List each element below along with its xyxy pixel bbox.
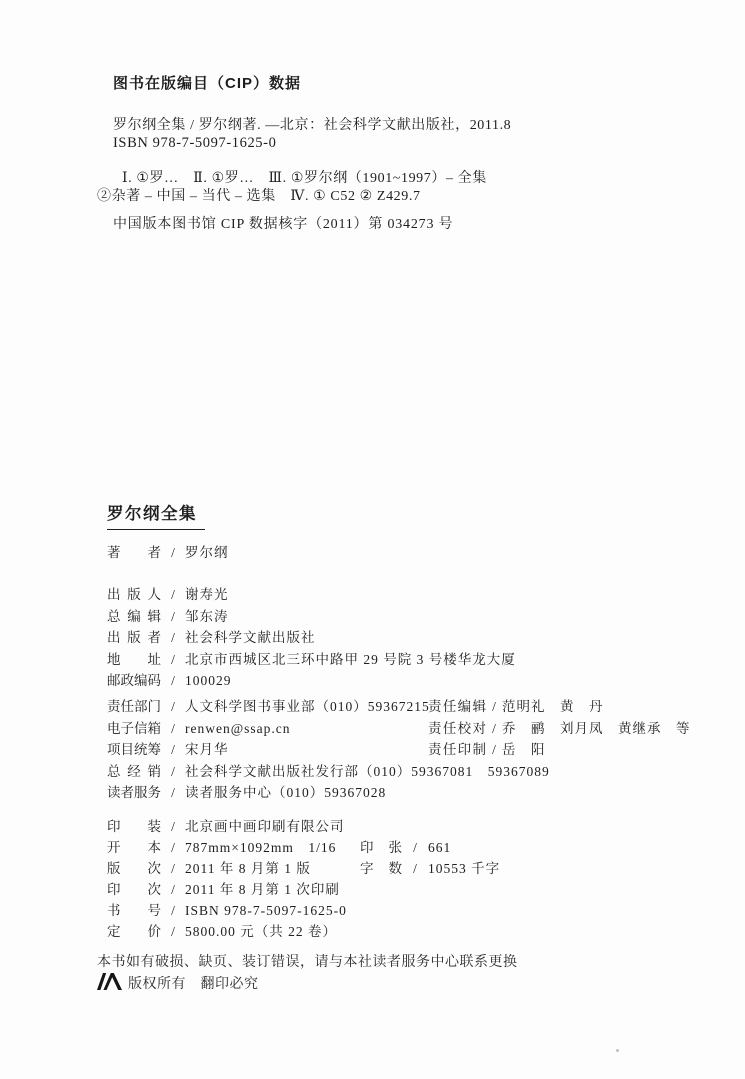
damage-replacement-notice: 本书如有破损、缺页、装订错误，请与本社读者服务中心联系更换 (97, 951, 518, 971)
slash-separator: / (161, 817, 185, 837)
slash-separator: / (161, 922, 185, 942)
print-sheets-subrow: 印张/661 (360, 838, 451, 858)
field-label: 读者服务 (107, 783, 161, 803)
field-label: 责任印制 (428, 740, 486, 760)
field-label: 出版者 (107, 628, 161, 648)
field-label: 定价 (107, 922, 161, 942)
copyright-row: 版权所有 翻印必究 (97, 973, 259, 991)
field-label: 书号 (107, 901, 161, 921)
field-value: 787mm×1092mm 1/16 (185, 840, 336, 855)
editor-subrow: 责任编辑/范明礼 黄 丹 (428, 697, 604, 717)
address-row: 地址/北京市西城区北三环中路甲 29 号院 3 号楼华龙大厦 (107, 650, 516, 670)
author-row: 著者/罗尔纲 (107, 543, 229, 563)
field-value: 2011 年 8 月第 1 次印刷 (185, 882, 340, 897)
field-value: 岳 阳 (502, 742, 546, 757)
publisher-person-row: 出版人/谢寿光 (107, 585, 229, 605)
field-label: 责任编辑 (428, 697, 486, 717)
proofreader-subrow: 责任校对/乔 鹂 刘月凤 黄继承 等 (428, 719, 691, 739)
field-value: 读者服务中心（010）59367028 (185, 785, 386, 800)
field-value: 北京市西城区北三环中路甲 29 号院 3 号楼华龙大厦 (185, 652, 516, 667)
cip-classification-line-2: ②杂著 – 中国 – 当代 – 选集 Ⅳ. ① C52 ② Z429.7 (97, 185, 421, 205)
field-value: 社会科学文献出版社 (185, 630, 316, 645)
print-supervisor-subrow: 责任印制/岳 阳 (428, 740, 546, 760)
field-label: 印次 (107, 880, 161, 900)
field-value: ISBN 978-7-5097-1625-0 (185, 903, 347, 918)
field-value: 邹东涛 (185, 609, 229, 624)
slash-separator: / (161, 901, 185, 921)
slash-separator: / (161, 628, 185, 648)
slash-separator: / (161, 762, 185, 782)
slash-separator: / (161, 719, 185, 739)
field-value: 100029 (185, 673, 232, 688)
anti-piracy-triangle-logo-icon (97, 973, 122, 995)
field-value: 北京画中画印刷有限公司 (185, 819, 345, 834)
cip-record-number: 中国版本图书馆 CIP 数据核字（2011）第 034273 号 (113, 213, 453, 233)
cip-isbn-line: ISBN 978-7-5097-1625-0 (113, 135, 276, 152)
field-value: 宋月华 (185, 742, 229, 757)
field-label: 印张 (360, 838, 402, 858)
slash-separator: / (486, 697, 502, 717)
slash-separator: / (161, 671, 185, 691)
field-label: 字数 (360, 859, 402, 879)
postcode-row: 邮政编码/100029 (107, 671, 232, 691)
scan-speck (616, 1049, 619, 1052)
book-title: 罗尔纲全集 (107, 500, 205, 530)
price-row: 定价/5800.00 元（共 22 卷） (107, 922, 337, 942)
author-label: 著者 (107, 543, 161, 563)
field-label: 总经销 (107, 762, 161, 782)
isbn-row: 书号/ISBN 978-7-5097-1625-0 (107, 901, 347, 921)
field-label: 邮政编码 (107, 671, 161, 691)
field-label: 责任部门 (107, 697, 161, 717)
copyright-statement: 版权所有 翻印必究 (128, 975, 259, 991)
distributor-row: 总经销/社会科学文献出版社发行部（010）59367081 59367089 (107, 762, 550, 782)
cip-bibliographic-line: 罗尔纲全集 / 罗尔纲著. —北京：社会科学文献出版社，2011.8 (113, 114, 511, 134)
author-value: 罗尔纲 (185, 545, 229, 560)
slash-separator: / (161, 859, 185, 879)
slash-separator: / (161, 607, 185, 627)
slash-separator: / (402, 838, 428, 858)
slash-separator: / (161, 740, 185, 760)
chief-editor-row: 总编辑/邹东涛 (107, 607, 229, 627)
edition-and-wordcount-row: 版次/2011 年 8 月第 1 版 字数/10553 千字 (107, 859, 311, 879)
field-value: 社会科学文献出版社发行部（010）59367081 59367089 (185, 764, 550, 779)
slash-separator: / (161, 838, 185, 858)
field-label: 总编辑 (107, 607, 161, 627)
field-value: 661 (428, 840, 451, 855)
field-value: 范明礼 黄 丹 (502, 699, 604, 714)
field-value: 谢寿光 (185, 587, 229, 602)
slash-separator: / (161, 585, 185, 605)
cip-classification-line-1: Ⅰ. ①罗… Ⅱ. ①罗… Ⅲ. ①罗尔纲（1901~1997）– 全集 (122, 167, 487, 187)
word-count-subrow: 字数/10553 千字 (360, 859, 500, 879)
coordinator-and-printer-row: 项目统筹/宋月华 责任印制/岳 阳 (107, 740, 229, 760)
field-label: 印装 (107, 817, 161, 837)
copyright-page: 图书在版编目（CIP）数据 罗尔纲全集 / 罗尔纲著. —北京：社会科学文献出版… (0, 0, 745, 1079)
field-label: 项目统筹 (107, 740, 161, 760)
format-and-sheets-row: 开本/787mm×1092mm 1/16 印张/661 (107, 838, 336, 858)
field-label: 开本 (107, 838, 161, 858)
field-value: 5800.00 元（共 22 卷） (185, 924, 337, 939)
binding-row: 印装/北京画中画印刷有限公司 (107, 817, 345, 837)
field-value: 乔 鹂 刘月凤 黄继承 等 (502, 721, 691, 736)
field-label: 版次 (107, 859, 161, 879)
field-value: 人文科学图书事业部（010）59367215 (185, 699, 430, 714)
impression-row: 印次/2011 年 8 月第 1 次印刷 (107, 880, 340, 900)
slash-separator: / (161, 543, 185, 563)
reader-service-row: 读者服务/读者服务中心（010）59367028 (107, 783, 386, 803)
slash-separator: / (486, 719, 502, 739)
slash-separator: / (486, 740, 502, 760)
field-label: 电子信箱 (107, 719, 161, 739)
slash-separator: / (161, 650, 185, 670)
slash-separator: / (161, 880, 185, 900)
field-value: 2011 年 8 月第 1 版 (185, 861, 311, 876)
dept-and-editor-row: 责任部门/人文科学图书事业部（010）59367215 责任编辑/范明礼 黄 丹 (107, 697, 430, 717)
field-label: 责任校对 (428, 719, 486, 739)
slash-separator: / (161, 783, 185, 803)
slash-separator: / (402, 859, 428, 879)
publisher-row: 出版者/社会科学文献出版社 (107, 628, 316, 648)
slash-separator: / (161, 697, 185, 717)
field-value: 10553 千字 (428, 861, 500, 876)
email-and-proofreader-row: 电子信箱/renwen@ssap.cn 责任校对/乔 鹂 刘月凤 黄继承 等 (107, 719, 291, 739)
email-value: renwen@ssap.cn (185, 721, 291, 736)
field-label: 出版人 (107, 585, 161, 605)
field-label: 地址 (107, 650, 161, 670)
cip-header: 图书在版编目（CIP）数据 (113, 72, 301, 93)
